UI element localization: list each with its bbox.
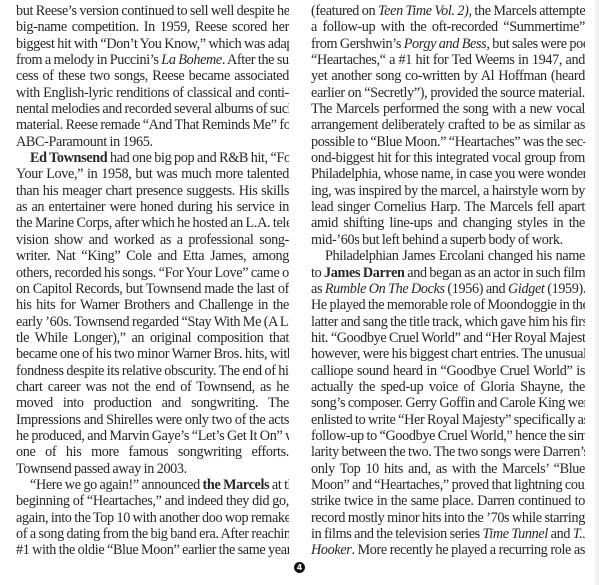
text-line: nental melodies and recorded several alb… (16, 101, 289, 117)
text-run: (1956) and (445, 281, 508, 297)
text-line: he produced, and Marvin Gaye’s “Let’s Ge… (16, 428, 289, 444)
text-line: Ed Townsend had one big pop and R&B hit,… (16, 150, 289, 166)
text-line: tle While Longer),” an original composit… (16, 330, 289, 346)
text-run: from Gershwin’s (311, 36, 404, 52)
text-line: mid-’60s but left behind a superb body o… (311, 232, 585, 248)
text-run: , but sales were poor. (486, 36, 585, 52)
page-edge-shadow (593, 0, 599, 585)
text-line: moved into production and songwriting. T… (16, 395, 289, 411)
text-line: latter and sang the title track, which g… (311, 314, 585, 330)
tv-title-italic: T.J. (573, 526, 585, 542)
text-line: again, into the Top 10 with another doo … (16, 510, 289, 526)
text-line: big-name competition. In 1959, Reese sco… (16, 19, 289, 35)
text-line: earlier on “Secretly”), provided the sou… (311, 85, 585, 101)
text-line: “Here we go again!” announced the Marcel… (16, 477, 289, 493)
text-line: vision show and worked as a professional… (16, 232, 289, 248)
text-line: as Rumble On The Docks (1956) and Gidget… (311, 281, 585, 297)
page-number-badge: 4 (294, 562, 305, 573)
text-line: record mostly minor hits into the ’70s w… (311, 510, 585, 526)
text-line: Hooker. More recently he played a recurr… (311, 542, 585, 558)
text-line: writer. Nat “King” Cole and Etta James, … (16, 248, 289, 264)
text-line: Philadelphian James Ercolani changed his… (311, 248, 585, 264)
artist-name-bold: James Darren (324, 265, 405, 281)
text-line: the Marine Corps, after which he hosted … (16, 215, 289, 231)
text-line: Philadelphia, whose name, in case you we… (311, 166, 585, 182)
text-line: #1 with the oldie “Blue Moon” earlier th… (16, 542, 289, 558)
album-title-italic: Teen Time Vol. 2), (378, 3, 472, 19)
album-title-italic: La Boheme (161, 52, 222, 68)
film-title-italic: Rumble On The Docks (325, 281, 445, 297)
text-line: “Heartaches,“ a #1 hit for Ted Weems in … (311, 52, 585, 68)
text-line: of a song dating from the big band era. … (16, 526, 289, 542)
text-run: had one big pop and R&B hit, “For (107, 150, 289, 166)
text-line: on Capitol Records, but Townsend made th… (16, 281, 289, 297)
text-line: ABC-Paramount in 1965. (16, 134, 289, 150)
text-line: Your Love,” in 1958, but was much more t… (16, 166, 289, 182)
text-line: fondness despite its relative obscurity.… (16, 363, 289, 379)
text-line: from a melody in Puccini’s La Boheme. Af… (16, 52, 289, 68)
text-line: hit. “Goodbye Cruel World” and “Her Roya… (311, 330, 585, 346)
text-line: amid shifting line-ups and changing styl… (311, 215, 585, 231)
text-line: yet another song co-written by Al Hoffma… (311, 68, 585, 84)
text-line: ing, was inspired by the marcel, a hairs… (311, 183, 585, 199)
text-line: however, were his biggest chart entries.… (311, 346, 585, 362)
text-line: early ’60s. Townsend regarded “Stay With… (16, 314, 289, 330)
text-line: in films and the television series Time … (311, 526, 585, 542)
booklet-page: but Reese’s version continued to sell we… (0, 0, 599, 585)
text-line: Moon” and “Heartaches,” proved that ligh… (311, 477, 585, 493)
right-column: (featured on Teen Time Vol. 2), the Marc… (311, 3, 585, 559)
text-line: possible to “Blue Moon.” “Heartaches” wa… (311, 134, 585, 150)
text-line: with English-lyric renditions of classic… (16, 85, 289, 101)
text-run: . More recently he played a recurring ro… (351, 542, 585, 558)
text-line: but Reese’s version continued to sell we… (16, 3, 289, 19)
text-line: his hits for Warner Brothers and Challen… (16, 297, 289, 313)
text-run: . After the suc- (222, 52, 289, 68)
text-line: only Top 10 hits and, as with the Marcel… (311, 461, 585, 477)
text-line: than his meager chart presence suggests.… (16, 183, 289, 199)
text-run: “Here we go again!” announced (30, 477, 203, 493)
text-run: (1959). (545, 281, 586, 297)
text-line: a follow-up with the oft-recorded “Summe… (311, 19, 585, 35)
left-column: but Reese’s version continued to sell we… (16, 3, 289, 559)
text-run: and began as an actor in such films (405, 265, 585, 281)
text-line: song’s composer. Gerry Goffin and Carole… (311, 395, 585, 411)
text-run: the Marcels attempted (472, 3, 585, 19)
tv-title-italic: Time Tunnel (483, 526, 548, 542)
text-line: Townsend passed away in 2003. (16, 461, 289, 477)
text-line: chart career was not the end of Townsend… (16, 379, 289, 395)
text-run: at the (269, 477, 289, 493)
text-line: from Gershwin’s Porgy and Bess, but sale… (311, 36, 585, 52)
text-line: to James Darren and began as an actor in… (311, 265, 585, 281)
text-line: material. Reese remade “And That Reminds… (16, 117, 289, 133)
text-run: to (311, 265, 324, 281)
text-line: calliope sound heard in “Goodbye Cruel W… (311, 363, 585, 379)
text-line: became one of his two minor Warner Bros.… (16, 346, 289, 362)
text-run: in films and the television series (311, 526, 483, 542)
text-line: as an entertainer were honed during his … (16, 199, 289, 215)
text-run: as (311, 281, 325, 297)
text-line: larity between the two. The two songs we… (311, 444, 585, 460)
tv-title-italic: Hooker (311, 542, 351, 558)
film-title-italic: Gidget (508, 281, 545, 297)
artist-name-bold: the Marcels (203, 477, 270, 493)
text-line: arrangement deliberately crafted to be a… (311, 117, 585, 133)
text-line: one of his more famous songwriting effor… (16, 444, 289, 460)
work-title-italic: Porgy and Bess (404, 36, 487, 52)
text-run: (featured on (311, 3, 378, 19)
text-run: and (548, 526, 573, 542)
text-line: lead singer Cornelius Harp. The Marcels … (311, 199, 585, 215)
text-line: enlisted to write “Her Royal Majesty” sp… (311, 412, 585, 428)
text-line: The Marcels performed the song with a ne… (311, 101, 585, 117)
text-line: (featured on Teen Time Vol. 2), the Marc… (311, 3, 585, 19)
text-line: strike twice in the same place. Darren c… (311, 493, 585, 509)
text-line: Impressions and Shirelles were only two … (16, 412, 289, 428)
text-line: biggest hit with “Don’t You Know,” which… (16, 36, 289, 52)
text-run: from a melody in Puccini’s (16, 52, 161, 68)
text-line: follow-up to “Goodbye Cruel World,” henc… (311, 428, 585, 444)
artist-name-bold: Ed Townsend (30, 150, 107, 166)
text-line: beginning of “Heartaches,” and indeed th… (16, 493, 289, 509)
text-line: ond-biggest hit for this integrated voca… (311, 150, 585, 166)
text-line: actually the sped-up voice of Gloria Sha… (311, 379, 585, 395)
text-line: He played the memorable role of Moondogg… (311, 297, 585, 313)
text-line: others, recorded his songs. “For Your Lo… (16, 265, 289, 281)
text-line: cess of these two songs, Reese became as… (16, 68, 289, 84)
